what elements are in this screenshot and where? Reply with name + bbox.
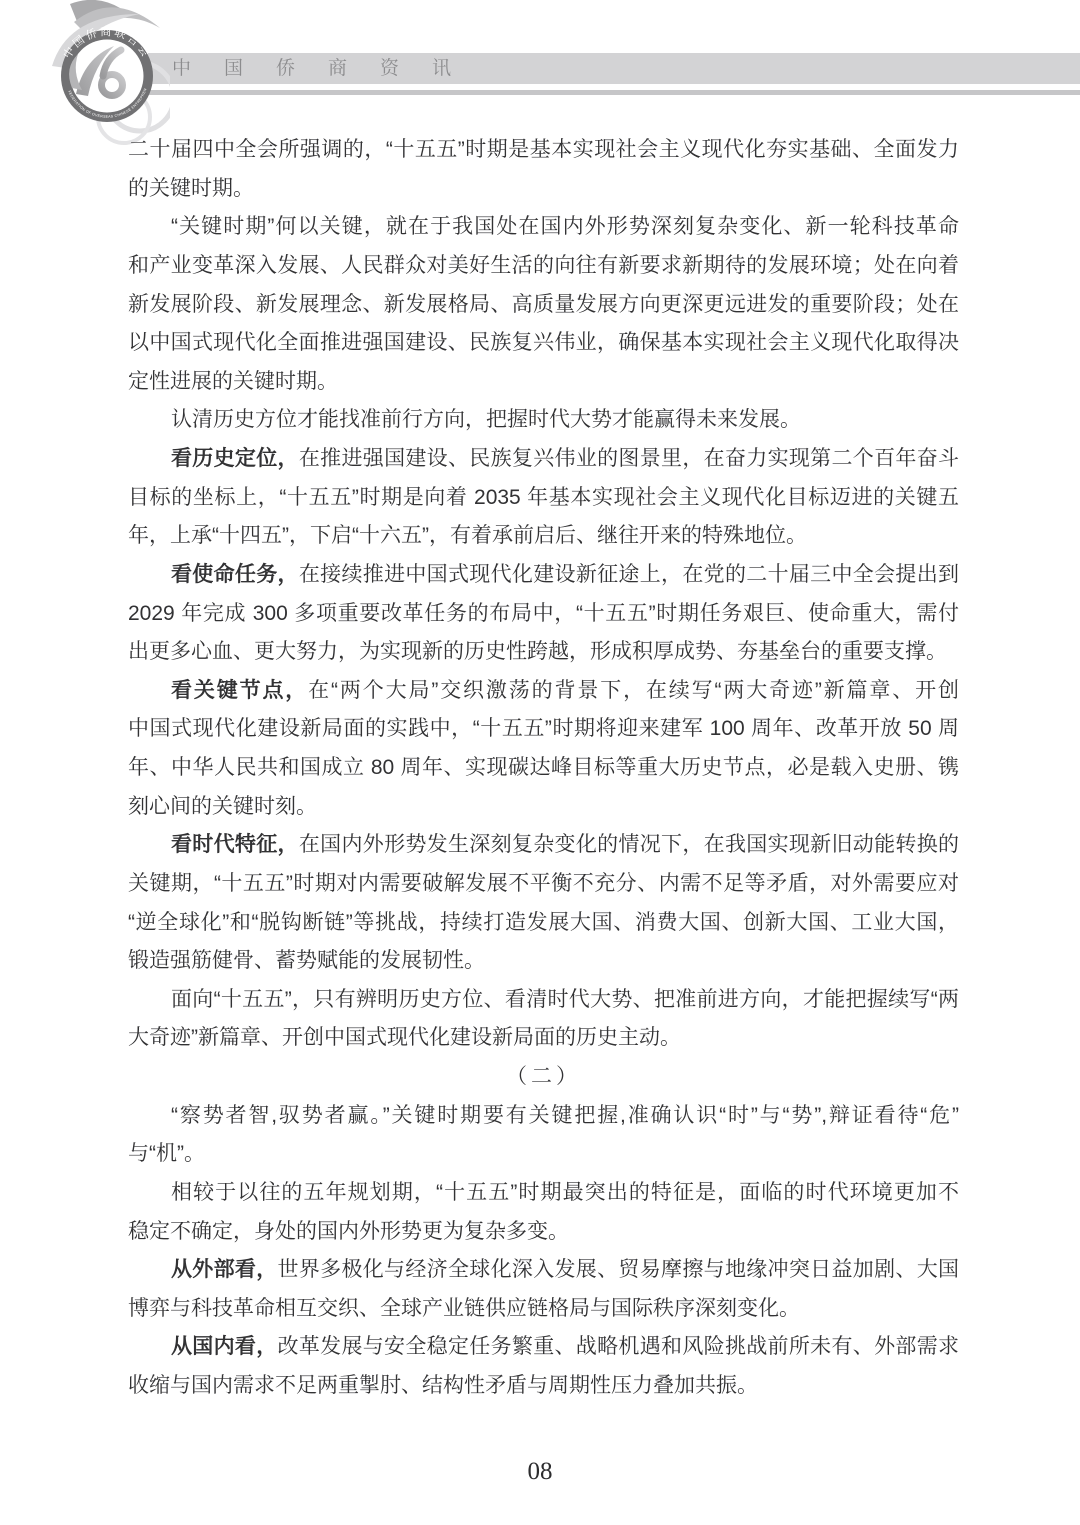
body-line: 定性进展的关键时期。	[128, 363, 959, 402]
body-line: 看关键节点，在“两个大局”交织激荡的背景下，在续写“两大奇迹”新篇章、开创	[128, 672, 959, 711]
paragraph-lead: 看时代特征，	[171, 833, 299, 856]
body-line: 关键期，“十五五”时期对内需要破解发展不平衡不充分、内需不足等矛盾，对外需要应对	[128, 865, 959, 904]
paragraph-lead: 看历史定位，	[171, 447, 299, 470]
body-line: 与“机”。	[128, 1135, 959, 1174]
page-header-title: 中国侨商资讯	[172, 53, 484, 84]
header-rule	[140, 90, 1080, 95]
body-line: 新发展阶段、新发展理念、新发展格局、高质量发展方向更深更远进发的重要阶段；处在	[128, 286, 959, 325]
body-line: 看使命任务，在接续推进中国式现代化建设新征途上，在党的二十届三中全会提出到	[128, 556, 959, 595]
body-line: 认清历史方位才能找准前行方向，把握时代大势才能赢得未来发展。	[128, 401, 959, 440]
article-body: 二十届四中全会所强调的，“十五五”时期是基本实现社会主义现代化夯实基础、全面发力…	[128, 131, 959, 1406]
body-line: 收缩与国内需求不足两重掣肘、结构性矛盾与周期性压力叠加共振。	[128, 1367, 959, 1406]
body-line: “察势者智,驭势者赢。”关键时期要有关键把握,准确认识“时”与“势”,辩证看待“…	[128, 1097, 959, 1136]
body-line: 出更多心血、更大努力，为实现新的历史性跨越，形成积厚成势、夯基垒台的重要支撑。	[128, 633, 959, 672]
body-line: “关键时期”何以关键，就在于我国处在国内外形势深刻复杂变化、新一轮科技革命	[128, 208, 959, 247]
federation-emblem-icon: 中国侨商联合会 CHINA FEDERATION OF OVERSEAS CHI…	[40, 0, 170, 145]
body-line: 年、中华人民共和国成立 80 周年、实现碳达峰目标等重大历史节点，必是载入史册、…	[128, 749, 959, 788]
section-heading: （二）	[128, 1058, 959, 1097]
body-line: 相较于以往的五年规划期，“十五五”时期最突出的特征是，面临的时代环境更加不	[128, 1174, 959, 1213]
body-line: 目标的坐标上，“十五五”时期是向着 2035 年基本实现社会主义现代化目标迈进的…	[128, 479, 959, 518]
body-line: 二十届四中全会所强调的，“十五五”时期是基本实现社会主义现代化夯实基础、全面发力	[128, 131, 959, 170]
body-line: 的关键时期。	[128, 170, 959, 209]
paragraph-lead: 看关键节点，	[171, 679, 308, 702]
body-line: 从外部看，世界多极化与经济全球化深入发展、贸易摩擦与地缘冲突日益加剧、大国	[128, 1251, 959, 1290]
body-line: 面向“十五五”，只有辨明历史方位、看清时代大势、把准前进方向，才能把握续写“两	[128, 981, 959, 1020]
body-line: 2029 年完成 300 多项重要改革任务的布局中，“十五五”时期任务艰巨、使命…	[128, 595, 959, 634]
body-line: 看历史定位，在推进强国建设、民族复兴伟业的图景里，在奋力实现第二个百年奋斗	[128, 440, 959, 479]
body-line: 刻心间的关键时刻。	[128, 788, 959, 827]
body-line: 看时代特征，在国内外形势发生深刻复杂变化的情况下，在我国实现新旧动能转换的	[128, 826, 959, 865]
paragraph-lead: 从外部看，	[171, 1258, 278, 1281]
body-line: 和产业变革深入发展、人民群众对美好生活的向往有新要求新期待的发展环境；处在向着	[128, 247, 959, 286]
body-line: 稳定不确定，身处的国内外形势更为复杂多变。	[128, 1213, 959, 1252]
body-line: 从国内看，改革发展与安全稳定任务繁重、战略机遇和风险挑战前所未有、外部需求	[128, 1328, 959, 1367]
body-line: 大奇迹”新篇章、开创中国式现代化建设新局面的历史主动。	[128, 1019, 959, 1058]
document-page: 中国侨商资讯 中国侨商联合会 CHINA FEDERATION OF OVERS…	[0, 0, 1080, 1525]
body-line: 以中国式现代化全面推进强国建设、民族复兴伟业，确保基本实现社会主义现代化取得决	[128, 324, 959, 363]
paragraph-lead: 看使命任务，	[171, 563, 299, 586]
body-line: 年，上承“十四五”，下启“十六五”，有着承前启后、继往开来的特殊地位。	[128, 517, 959, 556]
body-line: “逆全球化”和“脱钩断链”等挑战，持续打造发展大国、消费大国、创新大国、工业大国…	[128, 904, 959, 943]
body-line: 中国式现代化建设新局面的实践中，“十五五”时期将迎来建军 100 周年、改革开放…	[128, 710, 959, 749]
page-number: 08	[0, 1458, 1080, 1486]
body-line: 博弈与科技革命相互交织、全球产业链供应链格局与国际秩序深刻变化。	[128, 1290, 959, 1329]
paragraph-lead: 从国内看，	[171, 1335, 278, 1358]
body-line: 锻造强筋健骨、蓄势赋能的发展韧性。	[128, 942, 959, 981]
